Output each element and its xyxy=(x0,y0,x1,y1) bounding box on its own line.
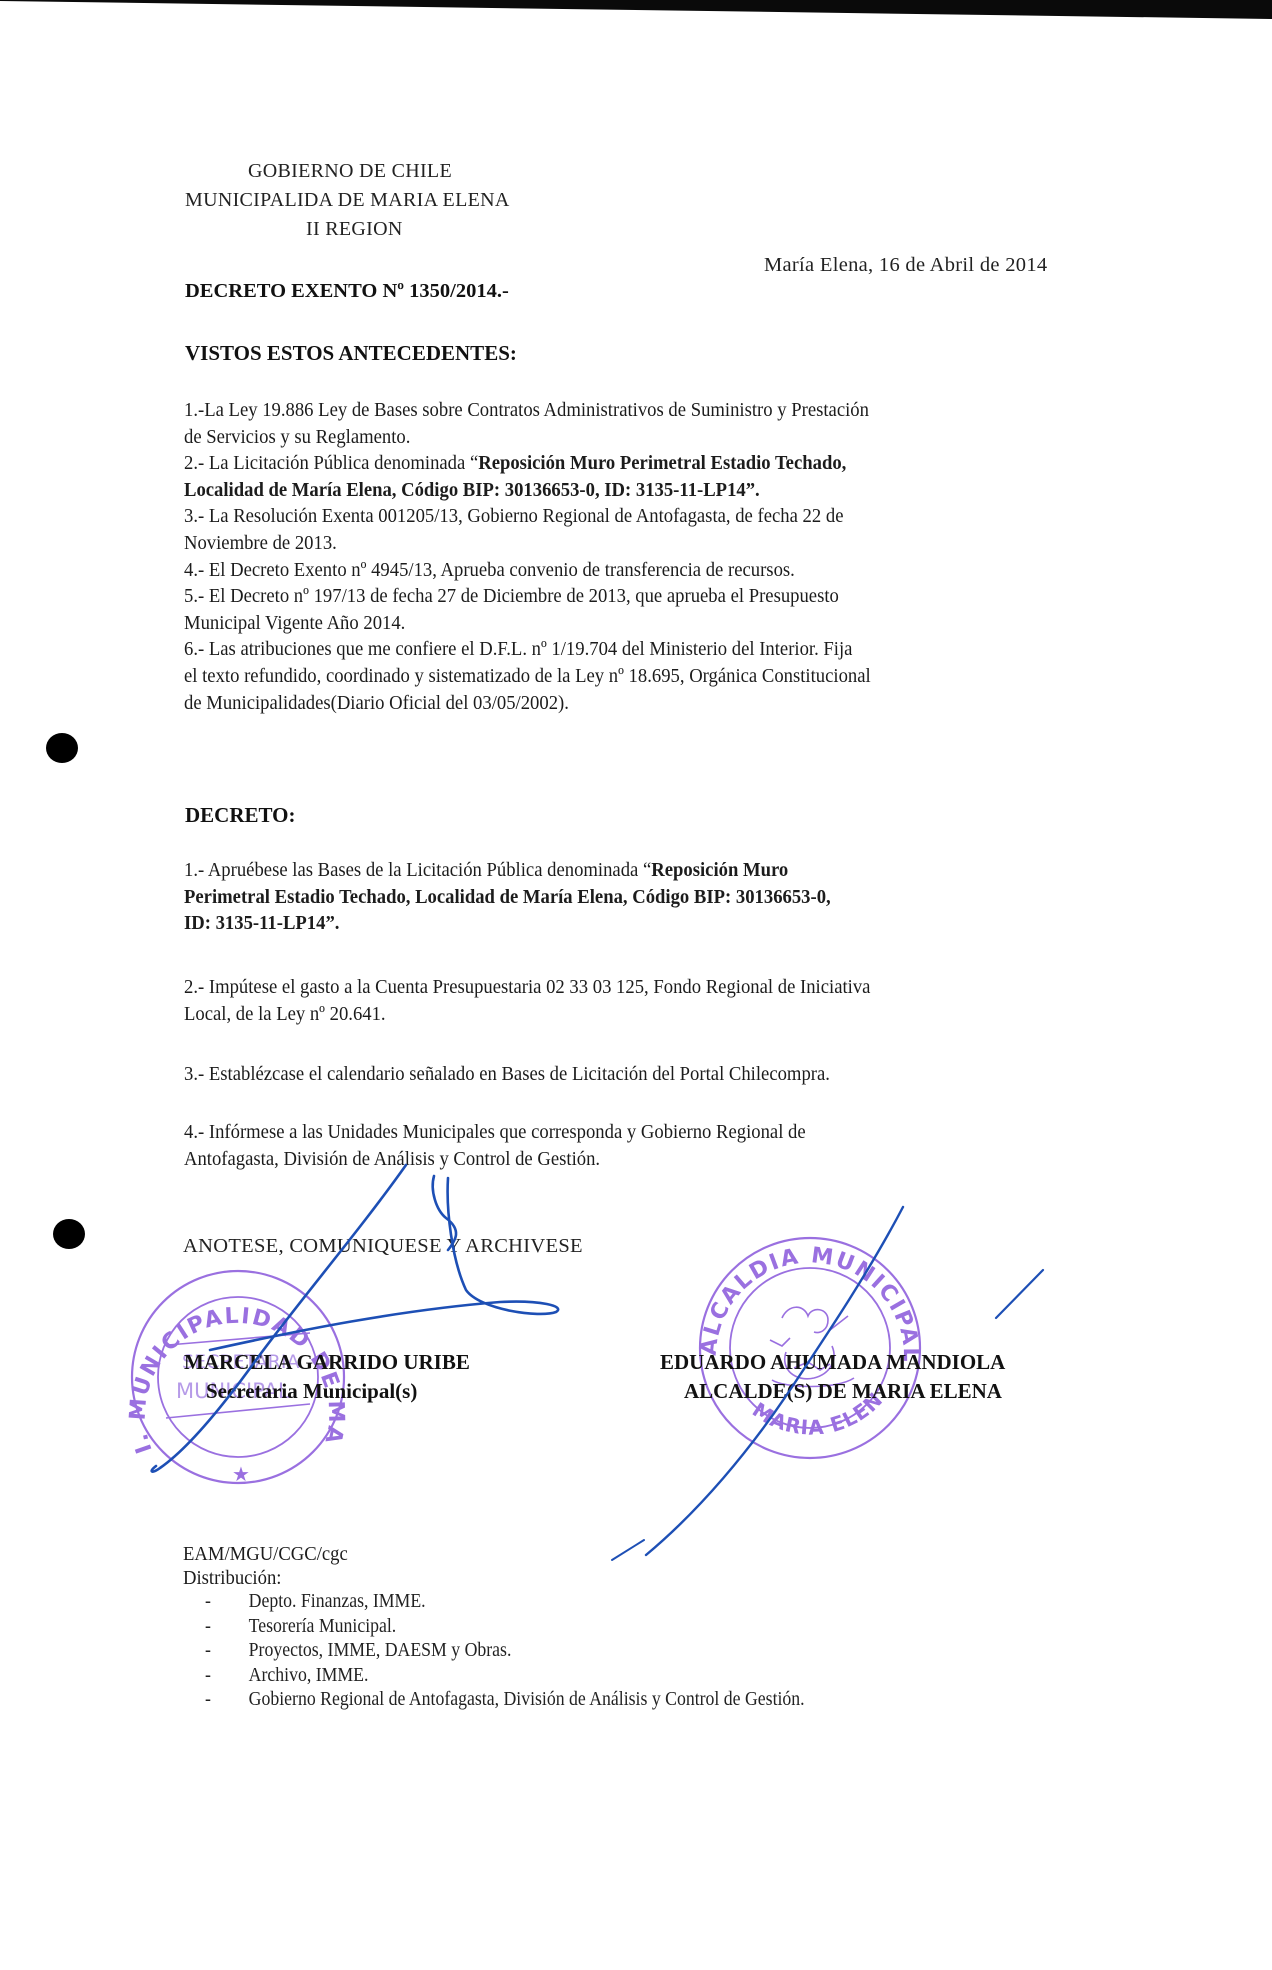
vistos-item-3-line-1: 3.- La Resolución Exenta 001205/13, Gobi… xyxy=(184,503,1099,530)
stamp-right-top-text: ALCALDIA MUNICIPAL xyxy=(697,1243,923,1364)
vistos-item-2-prefix: 2.- La Licitación Pública denominada “ xyxy=(184,452,478,474)
header-line-region: II REGION xyxy=(306,218,403,241)
dash-bullet: - xyxy=(205,1664,249,1689)
vistos-item-3-line-2: Noviembre de 2013. xyxy=(184,530,1099,557)
distribution-item: -Proyectos, IMME, DAESM y Obras. xyxy=(205,1639,805,1664)
dash-bullet: - xyxy=(205,1590,249,1615)
closing-formula: ANOTESE, COMUNIQUESE Y ARCHIVESE xyxy=(183,1235,583,1258)
vistos-item-2-line-2: Localidad de María Elena, Código BIP: 30… xyxy=(184,477,1099,504)
svg-text:ALCALDIA MUNICIPAL: ALCALDIA MUNICIPAL xyxy=(697,1243,923,1364)
right-signer-title: ALCALDE(S) DE MARIA ELENA xyxy=(684,1379,1002,1404)
vistos-item-6-line-1: 6.- Las atribuciones que me confiere el … xyxy=(184,636,1099,663)
vistos-item-6-line-2: el texto refundido, coordinado y sistema… xyxy=(184,663,1099,690)
decreto-item-2: 2.- Impútese el gasto a la Cuenta Presup… xyxy=(184,974,1099,1027)
decreto-item-3: 3.- Establézcase el calendario señalado … xyxy=(184,1061,1099,1088)
vistos-item-6-line-3: de Municipalidades(Diario Oficial del 03… xyxy=(184,690,1099,717)
date-line: María Elena, 16 de Abril de 2014 xyxy=(764,254,1047,277)
distribution-list: -Depto. Finanzas, IMME. -Tesorería Munic… xyxy=(205,1590,864,1713)
decreto-item-1-line-1: 1.- Apruébese las Bases de la Licitación… xyxy=(184,857,1099,884)
left-signer-name: MARCELA GARRIDO URIBE xyxy=(184,1350,470,1375)
decreto-item-1-prefix: 1.- Apruébese las Bases de la Licitación… xyxy=(184,859,651,881)
star-icon: ★ xyxy=(232,1462,250,1486)
dash-bullet: - xyxy=(205,1688,249,1713)
distribution-item: -Depto. Finanzas, IMME. xyxy=(205,1590,805,1615)
decreto-item-1-line-2: Perimetral Estadio Techado, Localidad de… xyxy=(184,884,1099,911)
right-signer-name: EDUARDO AHUMADA MANDIOLA xyxy=(660,1350,1005,1375)
decreto-item-1-line-3: ID: 3135-11-LP14”. xyxy=(184,910,1099,937)
left-handwritten-signature xyxy=(152,1165,559,1472)
dash-bullet: - xyxy=(205,1639,249,1664)
distribution-item: -Archivo, IMME. xyxy=(205,1664,805,1689)
decreto-title: DECRETO: xyxy=(185,803,295,828)
vistos-item-5-line-1: 5.- El Decreto nº 197/13 de fecha 27 de … xyxy=(184,583,1099,610)
vistos-item-5-line-2: Municipal Vigente Año 2014. xyxy=(184,610,1099,637)
decreto-item-3-line-1: 3.- Establézcase el calendario señalado … xyxy=(184,1061,1099,1088)
decree-number: DECRETO EXENTO Nº 1350/2014.- xyxy=(185,280,509,303)
vistos-item-1-line-1: 1.-La Ley 19.886 Ley de Bases sobre Cont… xyxy=(184,397,1099,424)
stamp-right-bottom-text: MARIA ELENA xyxy=(0,0,888,1440)
decreto-item-2-line-1: 2.- Impútese el gasto a la Cuenta Presup… xyxy=(184,974,1099,1001)
distribution-item: -Tesorería Municipal. xyxy=(205,1615,805,1640)
vistos-item-4-line-1: 4.- El Decreto Exento nº 4945/13, Aprueb… xyxy=(184,557,1099,584)
vistos-list: 1.-La Ley 19.886 Ley de Bases sobre Cont… xyxy=(184,397,1099,716)
left-signer-title: Secretaria Municipal(s) xyxy=(206,1379,417,1404)
decreto-item-1-bold-a: Reposición Muro xyxy=(651,859,788,881)
distribution-item: -Gobierno Regional de Antofagasta, Divis… xyxy=(205,1688,805,1713)
initials: EAM/MGU/CGC/cgc xyxy=(183,1541,348,1568)
decreto-item-4: 4.- Infórmese a las Unidades Municipales… xyxy=(184,1119,1099,1172)
scan-edge xyxy=(0,0,1272,40)
distribution-label: Distribución: xyxy=(183,1565,281,1592)
decreto-item-4-line-1: 4.- Infórmese a las Unidades Municipales… xyxy=(184,1119,1099,1146)
dash-bullet: - xyxy=(205,1615,249,1640)
vistos-item-2-line-1: 2.- La Licitación Pública denominada “Re… xyxy=(184,450,1099,477)
decreto-item-1: 1.- Apruébese las Bases de la Licitación… xyxy=(184,857,1099,937)
vistos-item-1-line-2: de Servicios y su Reglamento. xyxy=(184,424,1099,451)
punch-hole-bottom xyxy=(53,1219,85,1249)
vistos-title: VISTOS ESTOS ANTECEDENTES: xyxy=(185,341,517,366)
project-name-bold: Reposición Muro Perimetral Estadio Techa… xyxy=(478,452,846,474)
decreto-item-2-line-2: Local, de la Ley nº 20.641. xyxy=(184,1001,1099,1028)
header-line-municipalidad: MUNICIPALIDA DE MARIA ELENA xyxy=(185,189,510,212)
svg-text:MARIA ELENA: MARIA ELENA xyxy=(0,0,888,1440)
header-line-gobierno: GOBIERNO DE CHILE xyxy=(248,160,452,183)
decreto-item-4-line-2: Antofagasta, División de Análisis y Cont… xyxy=(184,1146,1099,1173)
punch-hole-top xyxy=(46,733,78,763)
